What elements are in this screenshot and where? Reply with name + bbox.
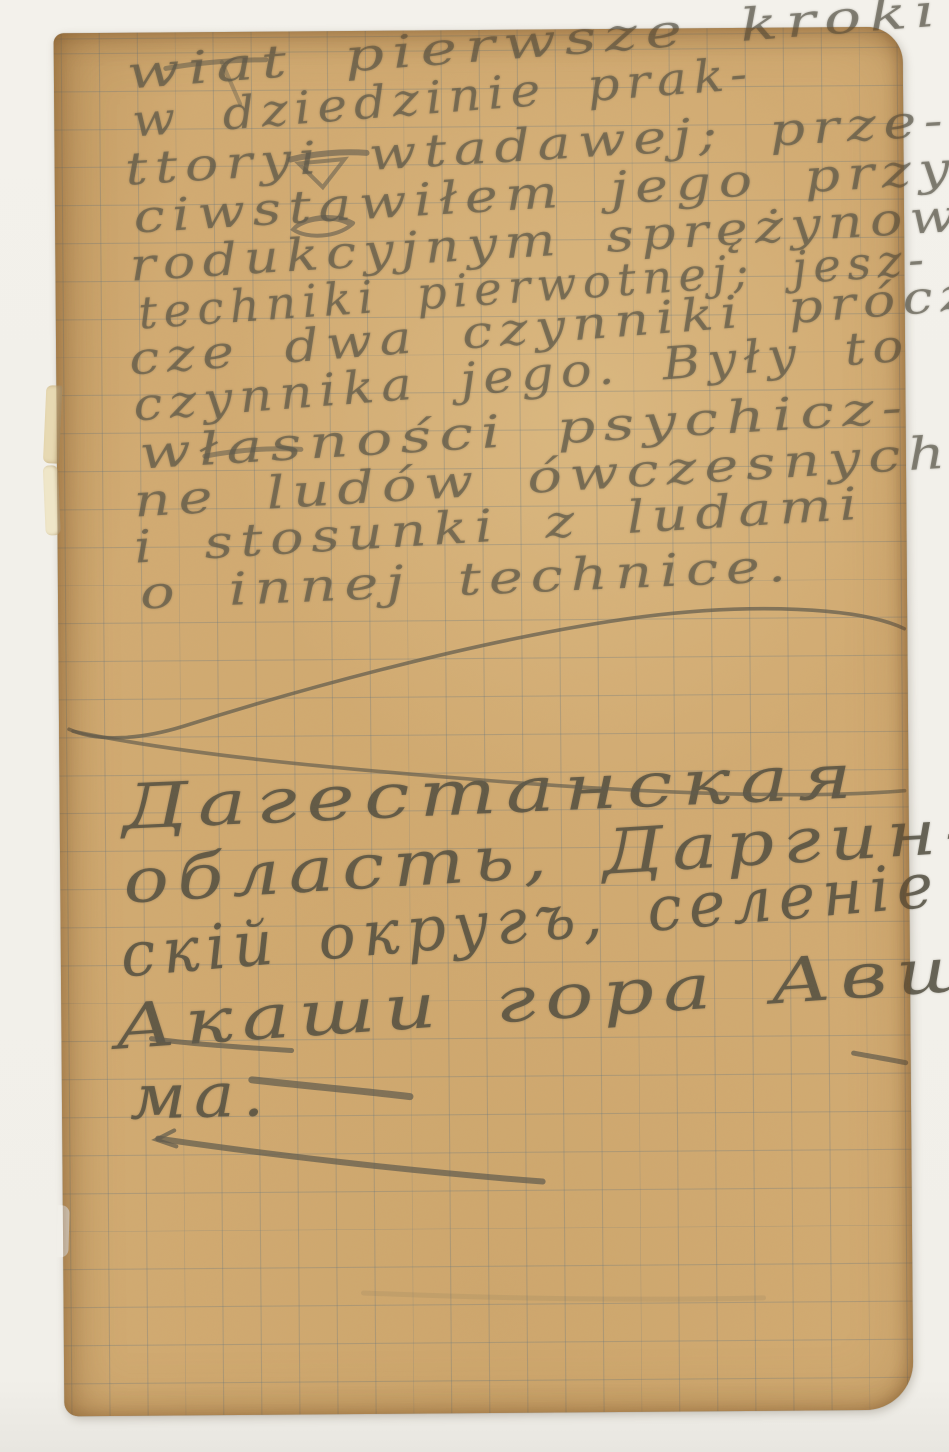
stroke-above-ma (252, 1079, 410, 1098)
torn-edge-notch (56, 1205, 69, 1257)
underline-avshi (854, 1053, 906, 1063)
binding-remnant-bottom (43, 465, 61, 536)
polish-text-block: wiat pierwsze kroki w dziedzinie prak- t… (54, 27, 903, 34)
faint-smudge (363, 1290, 763, 1302)
arrow-stroke (158, 1136, 542, 1185)
upper-separator-stroke (68, 608, 905, 739)
handwritten-line: ма. (129, 1057, 273, 1134)
binding-remnant-top (43, 385, 62, 464)
notebook-page: wiat pierwsze kroki w dziedzinie prak- t… (54, 27, 914, 1417)
scan-background: { "colors": { "background": "#f1efe9", "… (0, 0, 949, 1452)
